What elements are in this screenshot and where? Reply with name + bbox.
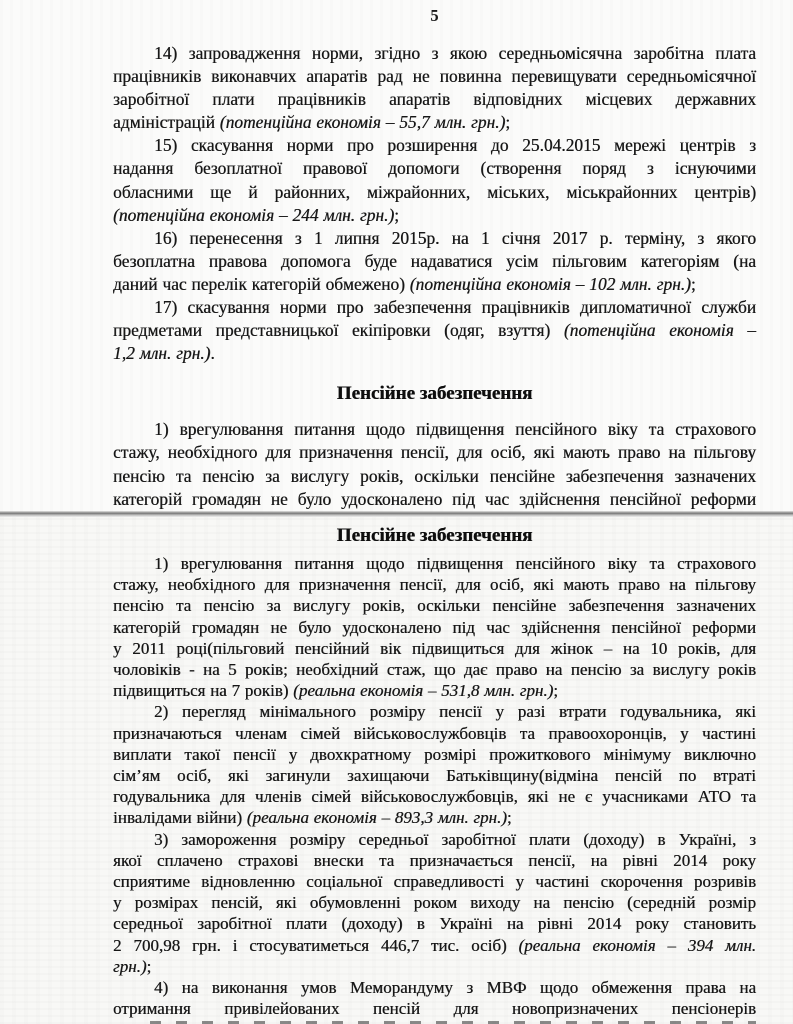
text-run: працівників виконавчих апаратів рад не п… <box>113 66 756 86</box>
list-item-2: 2) перегляд мінімального розміру пенсії … <box>113 701 756 828</box>
text-run: чоловіків - на 5 років; необхідний стаж,… <box>113 660 756 679</box>
text-run: ; <box>553 681 558 700</box>
list-item-17: 17) скасування норми про забезпечення пр… <box>113 296 756 365</box>
text-line: стажу, необхідного для призначення пенсі… <box>113 441 756 464</box>
economy-note-italic: (потенційна економія – 244 млн. грн.) <box>113 205 394 225</box>
text-line: безоплатна правова допомога буде надават… <box>113 250 756 273</box>
text-run: середньої заробітної плати (доходу) в Ук… <box>113 914 756 933</box>
economy-note-italic: (потенційна економія – 55,7 млн. грн.) <box>220 112 505 132</box>
text-run: ; <box>505 112 510 132</box>
text-run: . <box>210 343 214 363</box>
text-run: адміністрацій <box>113 112 220 132</box>
text-run: надання безоплатної правової допомоги (с… <box>113 158 756 178</box>
text-line: 2) перегляд мінімального розміру пенсії … <box>113 701 756 722</box>
text-line: 1) врегулювання питання щодо підвищення … <box>113 553 756 574</box>
text-line: 14) запровадження норми, згідно з якою с… <box>113 42 756 65</box>
text-line: 16) перенесення з 1 липня 2015р. на 1 сі… <box>113 227 756 250</box>
text-line: пенсію та пенсію за вислугу років, оскіл… <box>113 465 756 488</box>
text-line: інвалідами війни) (реальна економія – 89… <box>113 807 756 828</box>
text-line: 1) врегулювання питання щодо підвищення … <box>113 418 756 441</box>
text-line: сім’ям осіб, які загинули захищаючи Бать… <box>113 765 756 786</box>
text-run: інвалідами війни) <box>113 808 247 827</box>
text-line: у 2011 році(пільговий пенсійний вік підв… <box>113 638 756 659</box>
text-run: стажу, необхідного для призначення пенсі… <box>113 575 756 594</box>
text-line: предметами представницької екіпіровки (о… <box>113 319 756 342</box>
text-line: сприятиме відновленню соціальної справед… <box>113 871 756 892</box>
economy-note-italic: (реальна економія – 394 млн. <box>518 936 756 955</box>
economy-note-italic: 1,2 млн. грн.) <box>113 343 210 363</box>
screenshot-fragment-bottom: Пенсійне забезпечення 1) врегулювання пи… <box>0 517 793 1024</box>
text-line: 17) скасування норми про забезпечення пр… <box>113 296 756 319</box>
text-run: 15) скасування норми про розширення до 2… <box>154 135 756 155</box>
text-line: 2 700,98 грн. і стосуватиметься 446,7 ти… <box>113 935 756 956</box>
text-line: пенсію та пенсію за вислугу років, оскіл… <box>113 595 756 616</box>
text-run: стажу, необхідного для призначення пенсі… <box>113 442 756 462</box>
page-number: 5 <box>113 6 756 26</box>
list-item-14: 14) запровадження норми, згідно з якою с… <box>113 42 756 134</box>
text-run: сім’ям осіб, які загинули захищаючи Бать… <box>113 766 756 785</box>
economy-note-italic: (реальна економія – 531,8 млн. грн.) <box>293 681 553 700</box>
text-run: призначаються членам сімей військовослуж… <box>113 724 756 743</box>
text-run: 3) замороження розміру середньої заробіт… <box>154 830 756 849</box>
list-item-16: 16) перенесення з 1 липня 2015р. на 1 сі… <box>113 227 756 296</box>
text-line: чоловіків - на 5 років; необхідний стаж,… <box>113 659 756 680</box>
section-heading-pension-bottom: Пенсійне забезпечення <box>113 525 756 547</box>
text-run: у 2011 році(пільговий пенсійний вік підв… <box>113 639 756 658</box>
text-run: 16) перенесення з 1 липня 2015р. на 1 сі… <box>154 228 756 248</box>
text-run: 1) врегулювання питання щодо підвищення … <box>154 419 756 439</box>
text-line: 15) скасування норми про розширення до 2… <box>113 134 756 157</box>
text-run: отримання привілейованих пенсій для ново… <box>113 999 756 1018</box>
text-column-top: 14) запровадження норми, згідно з якою с… <box>113 42 756 511</box>
text-line: категорій громадян не було удосконалено … <box>113 617 756 638</box>
text-line: 1,2 млн. грн.). <box>113 342 756 365</box>
text-run: 2 700,98 грн. і стосуватиметься 446,7 ти… <box>113 936 518 955</box>
section-heading-pension-top: Пенсійне забезпечення <box>113 382 756 405</box>
text-line: годувальника для членів сімей військовос… <box>113 786 756 807</box>
text-run: категорій громадян не було удосконалено … <box>113 618 756 637</box>
economy-note-italic: (потенційна економія – 102 млн. грн.) <box>410 274 691 294</box>
text-run: категорій громадян не було удосконалено … <box>113 489 756 509</box>
text-run: годувальника для членів сімей військовос… <box>113 787 756 806</box>
text-run: у розмірах пенсій, які обумовленні роком… <box>113 893 756 912</box>
text-line: виплати такої пенсії у двохкратному розм… <box>113 744 756 765</box>
text-column-bottom: Пенсійне забезпечення 1) врегулювання пи… <box>113 525 756 1019</box>
text-run: ; <box>507 808 512 827</box>
text-line: надання безоплатної правової допомоги (с… <box>113 157 756 180</box>
text-line: адміністрацій (потенційна економія – 55,… <box>113 111 756 134</box>
list-item-15: 15) скасування норми про розширення до 2… <box>113 134 756 226</box>
text-run: 14) запровадження норми, згідно з якою с… <box>154 43 756 63</box>
text-line: грн.); <box>113 956 756 977</box>
text-run: ; <box>691 274 696 294</box>
text-run: ; <box>394 205 399 225</box>
text-line: 4) на виконання умов Меморандуму з МВФ щ… <box>113 977 756 998</box>
screenshot-fragment-top: 5 14) запровадження норми, згідно з якою… <box>0 0 793 512</box>
text-line: призначаються членам сімей військовослуж… <box>113 723 756 744</box>
text-run: 4) на виконання умов Меморандуму з МВФ щ… <box>154 978 756 997</box>
text-run: предметами представницької екіпіровки (о… <box>113 320 564 340</box>
text-line: стажу, необхідного для призначення пенсі… <box>113 574 756 595</box>
text-run: заробітної плати працівників апаратів ві… <box>113 89 756 109</box>
list-item-4-partial: 4) на виконання умов Меморандуму з МВФ щ… <box>113 977 756 1019</box>
scanned-document-page: 5 14) запровадження норми, згідно з якою… <box>0 0 793 1024</box>
text-line: отримання привілейованих пенсій для ново… <box>113 998 756 1019</box>
economy-note-italic: грн.) <box>113 957 146 976</box>
text-run: якої сплачено страхові внески та признач… <box>113 851 756 870</box>
text-run: сприятиме відновленню соціальної справед… <box>113 872 756 891</box>
text-line: категорій громадян не було удосконалено … <box>113 488 756 511</box>
text-line: працівників виконавчих апаратів рад не п… <box>113 65 756 88</box>
text-run: 2) перегляд мінімального розміру пенсії … <box>154 702 756 721</box>
text-line: у розмірах пенсій, які обумовленні роком… <box>113 892 756 913</box>
text-run: виплати такої пенсії у двохкратному розм… <box>113 745 756 764</box>
text-run: пенсію та пенсію за вислугу років, оскіл… <box>113 596 756 615</box>
list-item-1-partial: 1) врегулювання питання щодо підвищення … <box>113 418 756 510</box>
text-run: 1) врегулювання питання щодо підвищення … <box>154 554 756 573</box>
text-line: середньої заробітної плати (доходу) в Ук… <box>113 913 756 934</box>
text-run: підвищиться на 7 років) <box>113 681 293 700</box>
list-item-3: 3) замороження розміру середньої заробіт… <box>113 829 756 977</box>
text-run: даний час перелік категорій обмежено) <box>113 274 410 294</box>
text-run: безоплатна правова допомога буде надават… <box>113 251 756 271</box>
text-run: 17) скасування норми про забезпечення пр… <box>154 297 756 317</box>
text-run: ; <box>146 957 151 976</box>
text-line: якої сплачено страхові внески та признач… <box>113 850 756 871</box>
economy-note-italic: (потенційна економія – <box>564 320 756 340</box>
text-line: 3) замороження розміру середньої заробіт… <box>113 829 756 850</box>
text-line: (потенційна економія – 244 млн. грн.); <box>113 204 756 227</box>
text-line: підвищиться на 7 років) (реальна економі… <box>113 680 756 701</box>
text-line: обласними ще й районних, міжрайонних, мі… <box>113 181 756 204</box>
text-run: обласними ще й районних, міжрайонних, мі… <box>113 182 756 202</box>
text-line: даний час перелік категорій обмежено) (п… <box>113 273 756 296</box>
text-run: пенсію та пенсію за вислугу років, оскіл… <box>113 466 756 486</box>
text-line: заробітної плати працівників апаратів ві… <box>113 88 756 111</box>
economy-note-italic: (реальна економія – 893,3 млн. грн.) <box>247 808 507 827</box>
list-item-1: 1) врегулювання питання щодо підвищення … <box>113 553 756 701</box>
